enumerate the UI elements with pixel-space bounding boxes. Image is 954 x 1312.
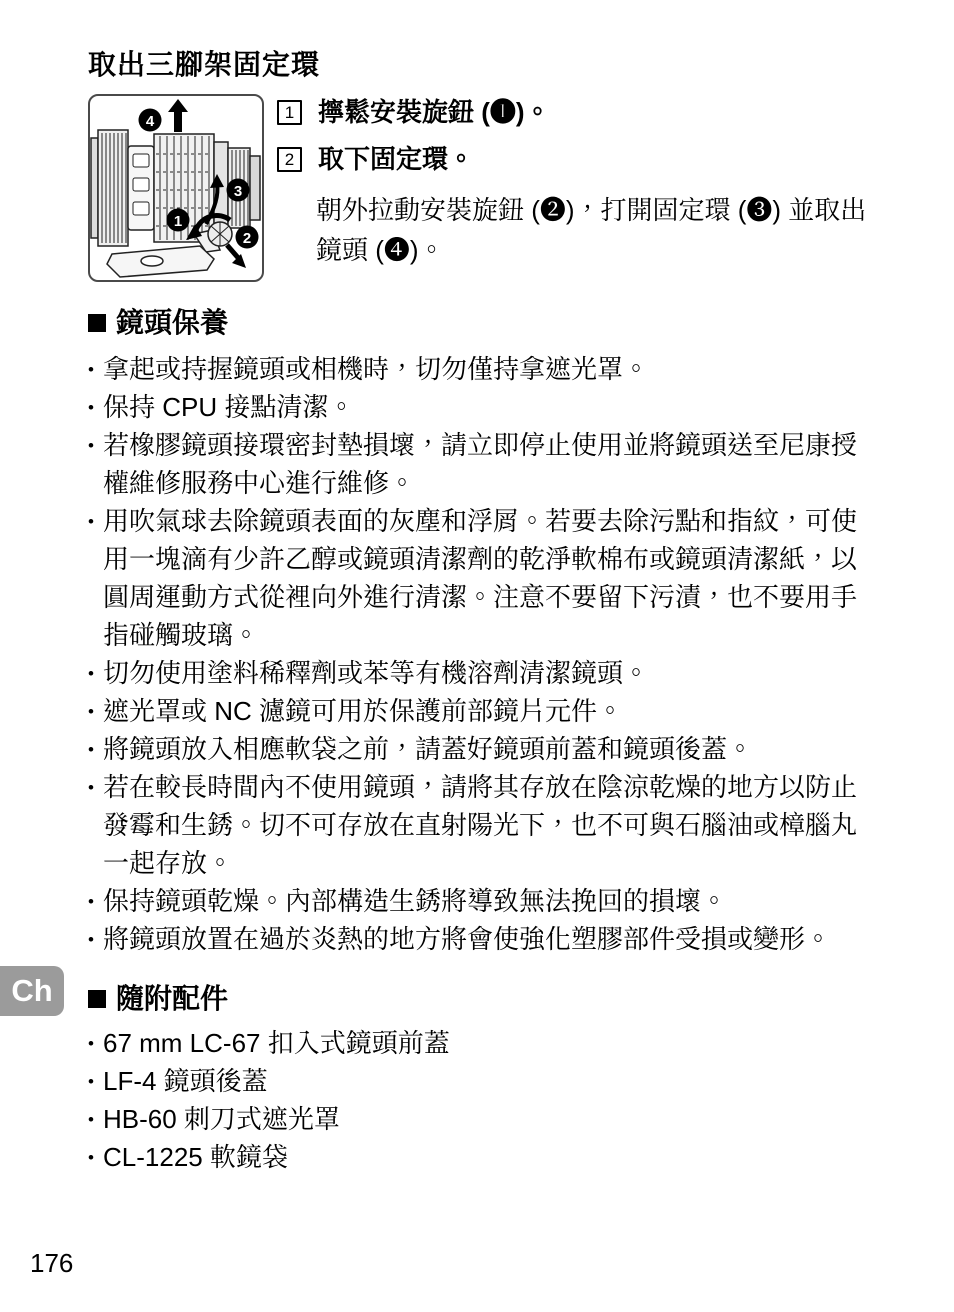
care-item: 保持鏡頭乾燥。內部構造生銹將導致無法挽回的損壞。 [88,882,876,920]
step-1-text: 擰鬆安裝旋鈕 (❶)。 [318,96,551,128]
page-content: 取出三腳架固定環 [88,0,900,1176]
accessory-item: HB-60 刺刀式遮光罩 [88,1100,876,1138]
care-item: 將鏡頭放入相應軟袋之前，請蓋好鏡頭前蓋和鏡頭後蓋。 [88,730,876,768]
accessory-item: 67 mm LC-67 扣入式鏡頭前蓋 [88,1024,876,1062]
page-title: 取出三腳架固定環 [88,0,900,82]
care-section-title: 鏡頭保養 [116,306,228,340]
care-item: 切勿使用塗料稀釋劑或苯等有機溶劑清潔鏡頭。 [88,654,876,692]
instruction-steps: 1 擰鬆安裝旋鈕 (❶)。 2 取下固定環。 朝外拉動安裝旋鈕 (❷)，打開固定… [277,94,881,270]
focus-ring-ribs [102,133,126,243]
lens-mount [250,156,260,220]
step-2-detail: 朝外拉動安裝旋鈕 (❷)，打開固定環 (❸) 並取出鏡頭 (❹)。 [316,190,881,270]
step-2-text: 取下固定環。 [318,143,474,175]
care-item: 拿起或持握鏡頭或相機時，切勿僅持拿遮光罩。 [88,350,876,388]
callout-1-number: 1 [174,213,182,230]
accessory-item: CL-1225 軟鏡袋 [88,1138,876,1176]
care-item: 用吹氣球去除鏡頭表面的灰塵和浮屑。若要去除污點和指紋，可使用一塊滴有少許乙醇或鏡… [88,502,876,654]
care-item: 將鏡頭放置在過於炎熱的地方將會使強化塑膠部件受損或變形。 [88,920,876,958]
accessory-item: LF-4 鏡頭後蓋 [88,1062,876,1100]
tripod-foot-hole [141,256,163,266]
care-list: 拿起或持握鏡頭或相機時，切勿僅持拿遮光罩。 保持 CPU 接點清潔。 若橡膠鏡頭… [88,350,876,958]
care-section-heading: 鏡頭保養 [88,306,900,340]
care-item: 若橡膠鏡頭接環密封墊損壞，請立即停止使用並將鏡頭送至尼康授權維修服務中心進行維修… [88,426,876,502]
step-1-number: 1 [277,100,302,125]
lens-switch-3 [133,202,149,215]
step-2: 2 取下固定環。 [277,143,881,175]
step-2-number: 2 [277,147,302,172]
accessories-section-heading: 隨附配件 [88,982,900,1016]
lens-diagram-svg: 1 2 3 4 [90,96,262,280]
section-square-marker [88,990,106,1008]
care-item: 若在較長時間內不使用鏡頭，請將其存放在陰涼乾燥的地方以防止發霉和生銹。切不可存放… [88,768,876,882]
remove-lens-arrow [174,110,182,132]
remove-lens-arrow-head [168,99,188,112]
language-tab-ch: Ch [0,966,64,1016]
lens-switch-2 [133,178,149,191]
lens-illustration: 1 2 3 4 [88,94,264,282]
lens-front-rim [91,138,98,238]
care-item: 遮光罩或 NC 濾鏡可用於保護前部鏡片元件。 [88,692,876,730]
manual-page: 取出三腳架固定環 [0,0,954,1312]
accessories-section-title: 隨附配件 [116,982,228,1016]
page-number: 176 [30,1248,73,1278]
figure-and-steps: 1 2 3 4 1 擰鬆安裝旋鈕 (❶)。 2 取下固定環。 [88,94,900,282]
callout-2-number: 2 [243,230,251,247]
lens-switch-1 [133,154,149,167]
section-square-marker [88,314,106,332]
callout-3-number: 3 [234,183,242,200]
care-item: 保持 CPU 接點清潔。 [88,388,876,426]
accessories-list: 67 mm LC-67 扣入式鏡頭前蓋 LF-4 鏡頭後蓋 HB-60 刺刀式遮… [88,1024,876,1176]
callout-4-number: 4 [146,113,155,130]
step-1: 1 擰鬆安裝旋鈕 (❶)。 [277,96,881,128]
